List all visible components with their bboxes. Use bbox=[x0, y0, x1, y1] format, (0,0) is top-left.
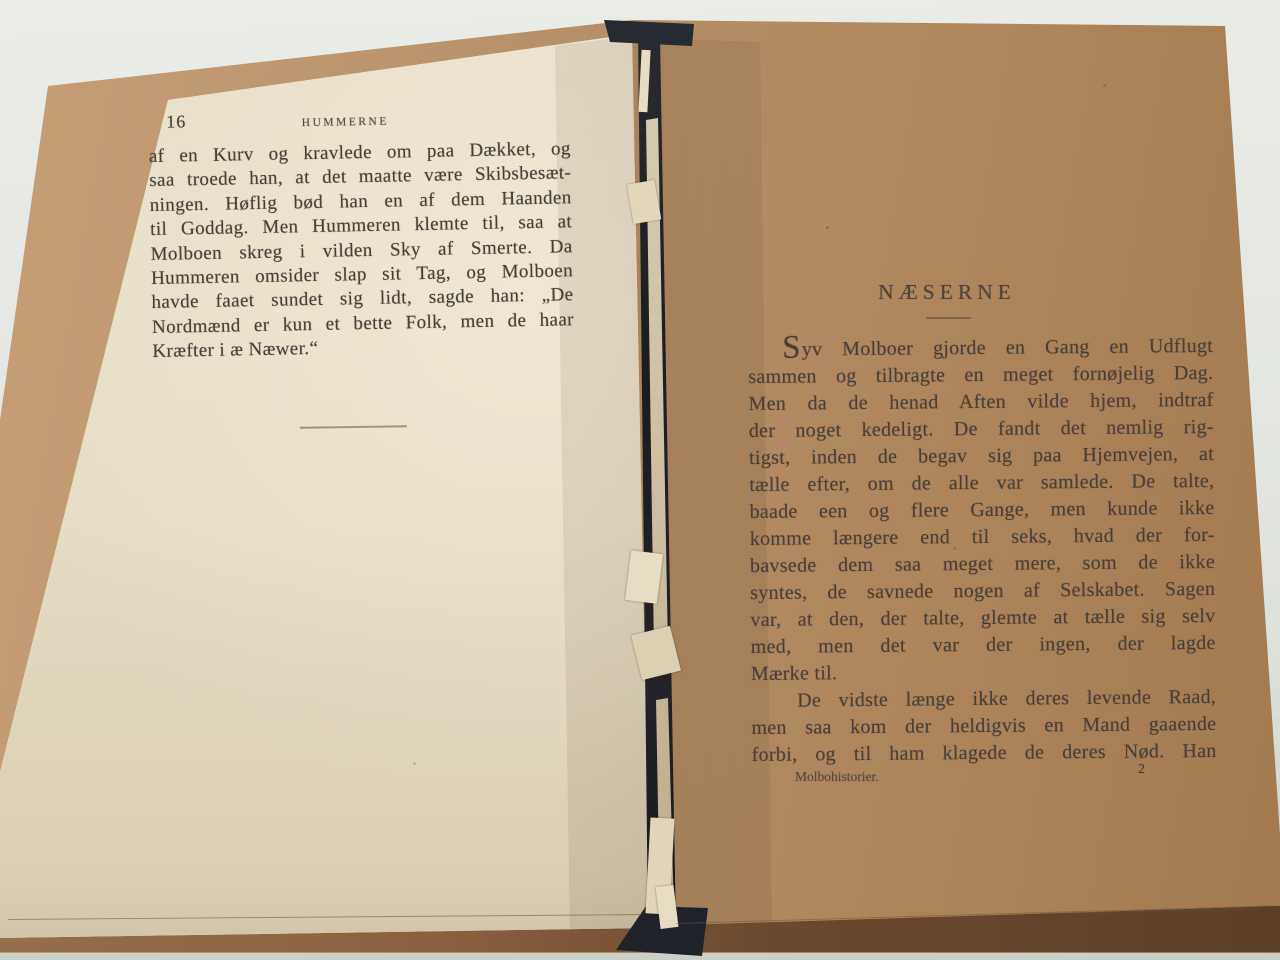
right-page-line: baade een og flere Gange, men kunde ikke bbox=[749, 495, 1214, 526]
paper-speck bbox=[826, 226, 829, 229]
running-header: HUMMERNE bbox=[148, 107, 542, 139]
right-page-line: syntes, de savnede nogen af Selskabet. S… bbox=[750, 576, 1215, 607]
book-photo: 16 HUMMERNE af en Kurv og kravlede om pa… bbox=[0, 0, 1280, 960]
paper-speck bbox=[413, 762, 416, 765]
right-page-text-block: Syv Molboer gjorde en Gang en Udflugt sa… bbox=[748, 332, 1217, 769]
right-page-line: var, at den, der talte, glemte at tælle … bbox=[750, 603, 1215, 634]
chapter-title: NÆSERNE bbox=[748, 280, 1146, 305]
right-page-line: men saa kom der heldigvis en Mand gaaend… bbox=[751, 711, 1216, 742]
right-page-line: med, men det var der ingen, der lagde bbox=[751, 630, 1216, 661]
right-page-line: tælle efter, om de alle var samlede. De … bbox=[749, 468, 1214, 499]
right-page-line: Syv Molboer gjorde en Gang en Udflugt bbox=[748, 332, 1213, 364]
paper-speck bbox=[1103, 84, 1106, 87]
torn-paper-fragment bbox=[625, 550, 663, 604]
right-page-line: tigst, inden de begav sig paa Hjemvejen,… bbox=[749, 441, 1214, 472]
chapter-title-rule bbox=[926, 317, 971, 319]
footer-book-title: Molbohistorier. bbox=[795, 769, 879, 785]
left-page-text-block: 16 HUMMERNE af en Kurv og kravlede om pa… bbox=[148, 102, 575, 364]
right-page-line: sammen og tilbragte en meget fornøjelig … bbox=[748, 360, 1213, 391]
signature-number: 2 bbox=[1138, 762, 1145, 778]
drop-cap-initial: S bbox=[782, 330, 801, 366]
right-page-line: De vidste længe ikke deres levende Raad, bbox=[751, 684, 1216, 715]
right-page-line: Men da de henad Aften vilde hjem, indtra… bbox=[748, 387, 1213, 418]
right-page-line: bavsede dem saa meget mere, som de ikke bbox=[750, 549, 1215, 580]
right-page-line: der noget kedeligt. De fandt det nemlig … bbox=[749, 414, 1214, 445]
right-page-line: komme længere end til seks, hvad der for… bbox=[750, 522, 1215, 553]
right-page-line: Mærke til. bbox=[751, 657, 1216, 688]
first-line-text: yv Molboer gjorde en Gang en Udflugt bbox=[802, 335, 1214, 361]
right-page-line: forbi, og til ham klagede de deres Nød. … bbox=[752, 738, 1217, 769]
